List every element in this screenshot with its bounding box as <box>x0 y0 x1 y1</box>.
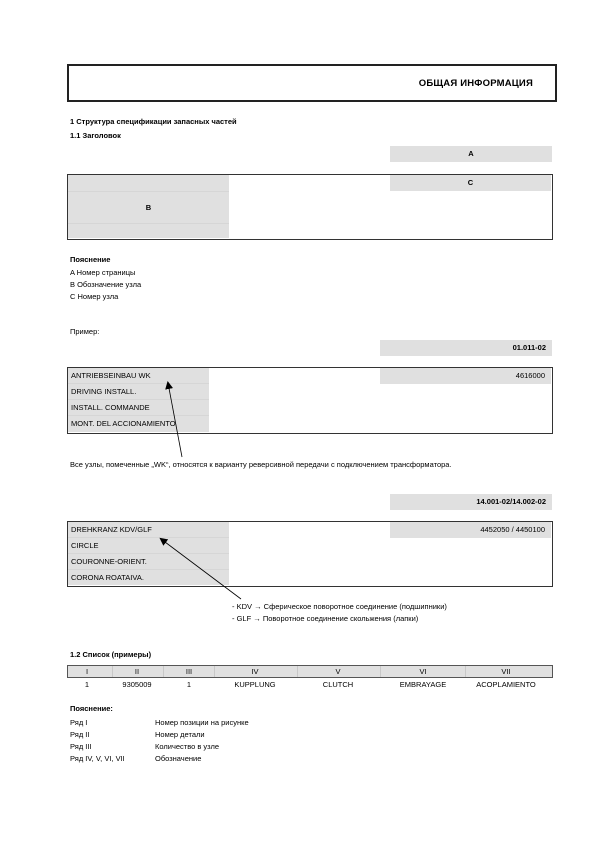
column-header: II <box>135 667 139 676</box>
table-cell: 9305009 <box>122 680 151 689</box>
table-cell: ACOPLAMIENTO <box>476 680 535 689</box>
table-cell: 1 <box>85 680 89 689</box>
column-header: IV <box>251 667 258 676</box>
column-divider <box>465 666 466 677</box>
table-cell: KUPPLUNG <box>234 680 275 689</box>
column-divider <box>380 666 381 677</box>
column-header: I <box>86 667 88 676</box>
list-table-header <box>67 665 553 678</box>
legend-value: Номер детали <box>155 730 205 739</box>
legend-value: Номер позиции на рисунке <box>155 718 249 727</box>
table-cell: 1 <box>187 680 191 689</box>
legend-key: Ряд I <box>70 718 87 727</box>
list-heading: 1.2 Список (примеры) <box>70 650 151 659</box>
column-header: III <box>186 667 192 676</box>
pointer-arrows <box>0 0 595 842</box>
column-header: VII <box>501 667 510 676</box>
legend-key: Ряд II <box>70 730 89 739</box>
legend-key: Ряд III <box>70 742 92 751</box>
legend-value: Количество в узле <box>155 742 219 751</box>
wk-arrow-icon <box>168 383 182 457</box>
column-divider <box>112 666 113 677</box>
legend-key: Ряд IV, V, VI, VII <box>70 754 125 763</box>
table-cell: CLUTCH <box>323 680 353 689</box>
column-divider <box>163 666 164 677</box>
table-cell: EMBRAYAGE <box>400 680 446 689</box>
column-header: VI <box>419 667 426 676</box>
column-header: V <box>335 667 340 676</box>
column-divider <box>214 666 215 677</box>
legend-value: Обозначение <box>155 754 201 763</box>
kdv-arrow-icon <box>161 539 241 599</box>
list-explanation-title: Пояснение: <box>70 704 113 713</box>
column-divider <box>297 666 298 677</box>
